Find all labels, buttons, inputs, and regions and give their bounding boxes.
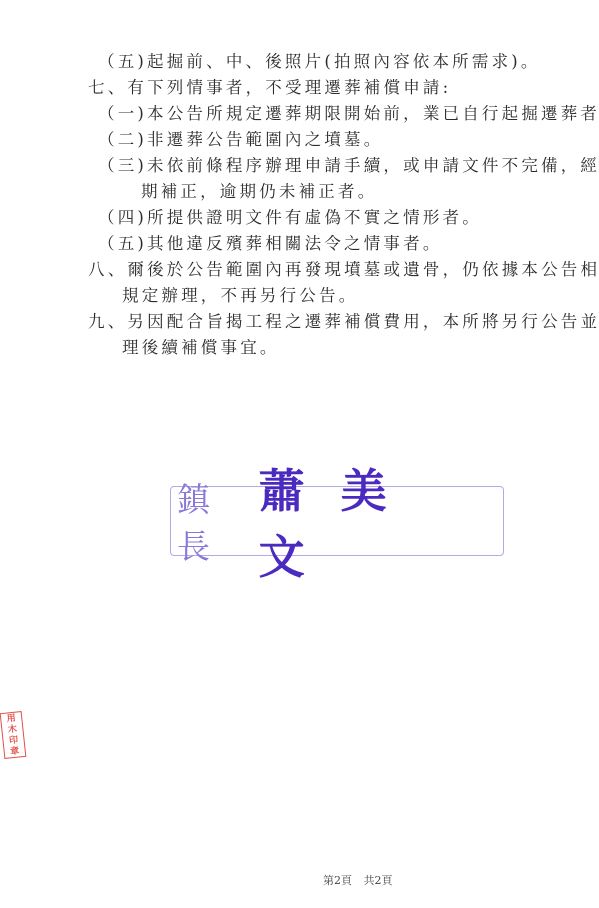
doc-line-7: （四)所提供證明文件有虛偽不實之情形者。 [98, 208, 482, 228]
doc-line-10: 規定辦理，不再另行公告。 [122, 286, 358, 306]
official-seal: 用 木 印 章 [0, 711, 26, 759]
doc-line-3: （一)本公告所規定遷葬期限開始前，業已自行起掘遷葬者。 [98, 104, 599, 124]
seal-char: 章 [10, 746, 20, 757]
page-number: 第2頁 共2頁 [323, 872, 393, 888]
stamp-title: 鎮長 [177, 474, 241, 568]
stamp-name: 蕭美文 [259, 455, 503, 587]
seal-char: 用 [6, 713, 16, 724]
doc-line-5: （三)未依前條程序辦理申請手續，或申請文件不完備，經限 [98, 156, 599, 176]
doc-line-4: （二)非遷葬公告範圍內之墳墓。 [98, 130, 383, 150]
doc-line-8: （五)其他違反殯葬相關法令之情事者。 [98, 234, 443, 254]
doc-line-9: 八、爾後於公告範圍內再發現墳墓或遺骨，仍依據本公告相關 [88, 260, 599, 280]
seal-char: 木 [7, 724, 17, 735]
doc-line-1: （五)起掘前、中、後照片(拍照內容依本所需求)。 [98, 52, 541, 72]
mayor-signature-stamp: 鎮長 蕭美文 [170, 486, 504, 556]
doc-line-2: 七、有下列情事者，不受理遷葬補償申請: [88, 78, 451, 98]
seal-char: 印 [9, 735, 19, 746]
doc-line-11: 九、另因配合旨揭工程之遷葬補償費用，本所將另行公告並辦 [88, 312, 599, 332]
doc-line-12: 理後續補償事宜。 [122, 338, 280, 358]
doc-line-6: 期補正，逾期仍未補正者。 [141, 182, 377, 202]
